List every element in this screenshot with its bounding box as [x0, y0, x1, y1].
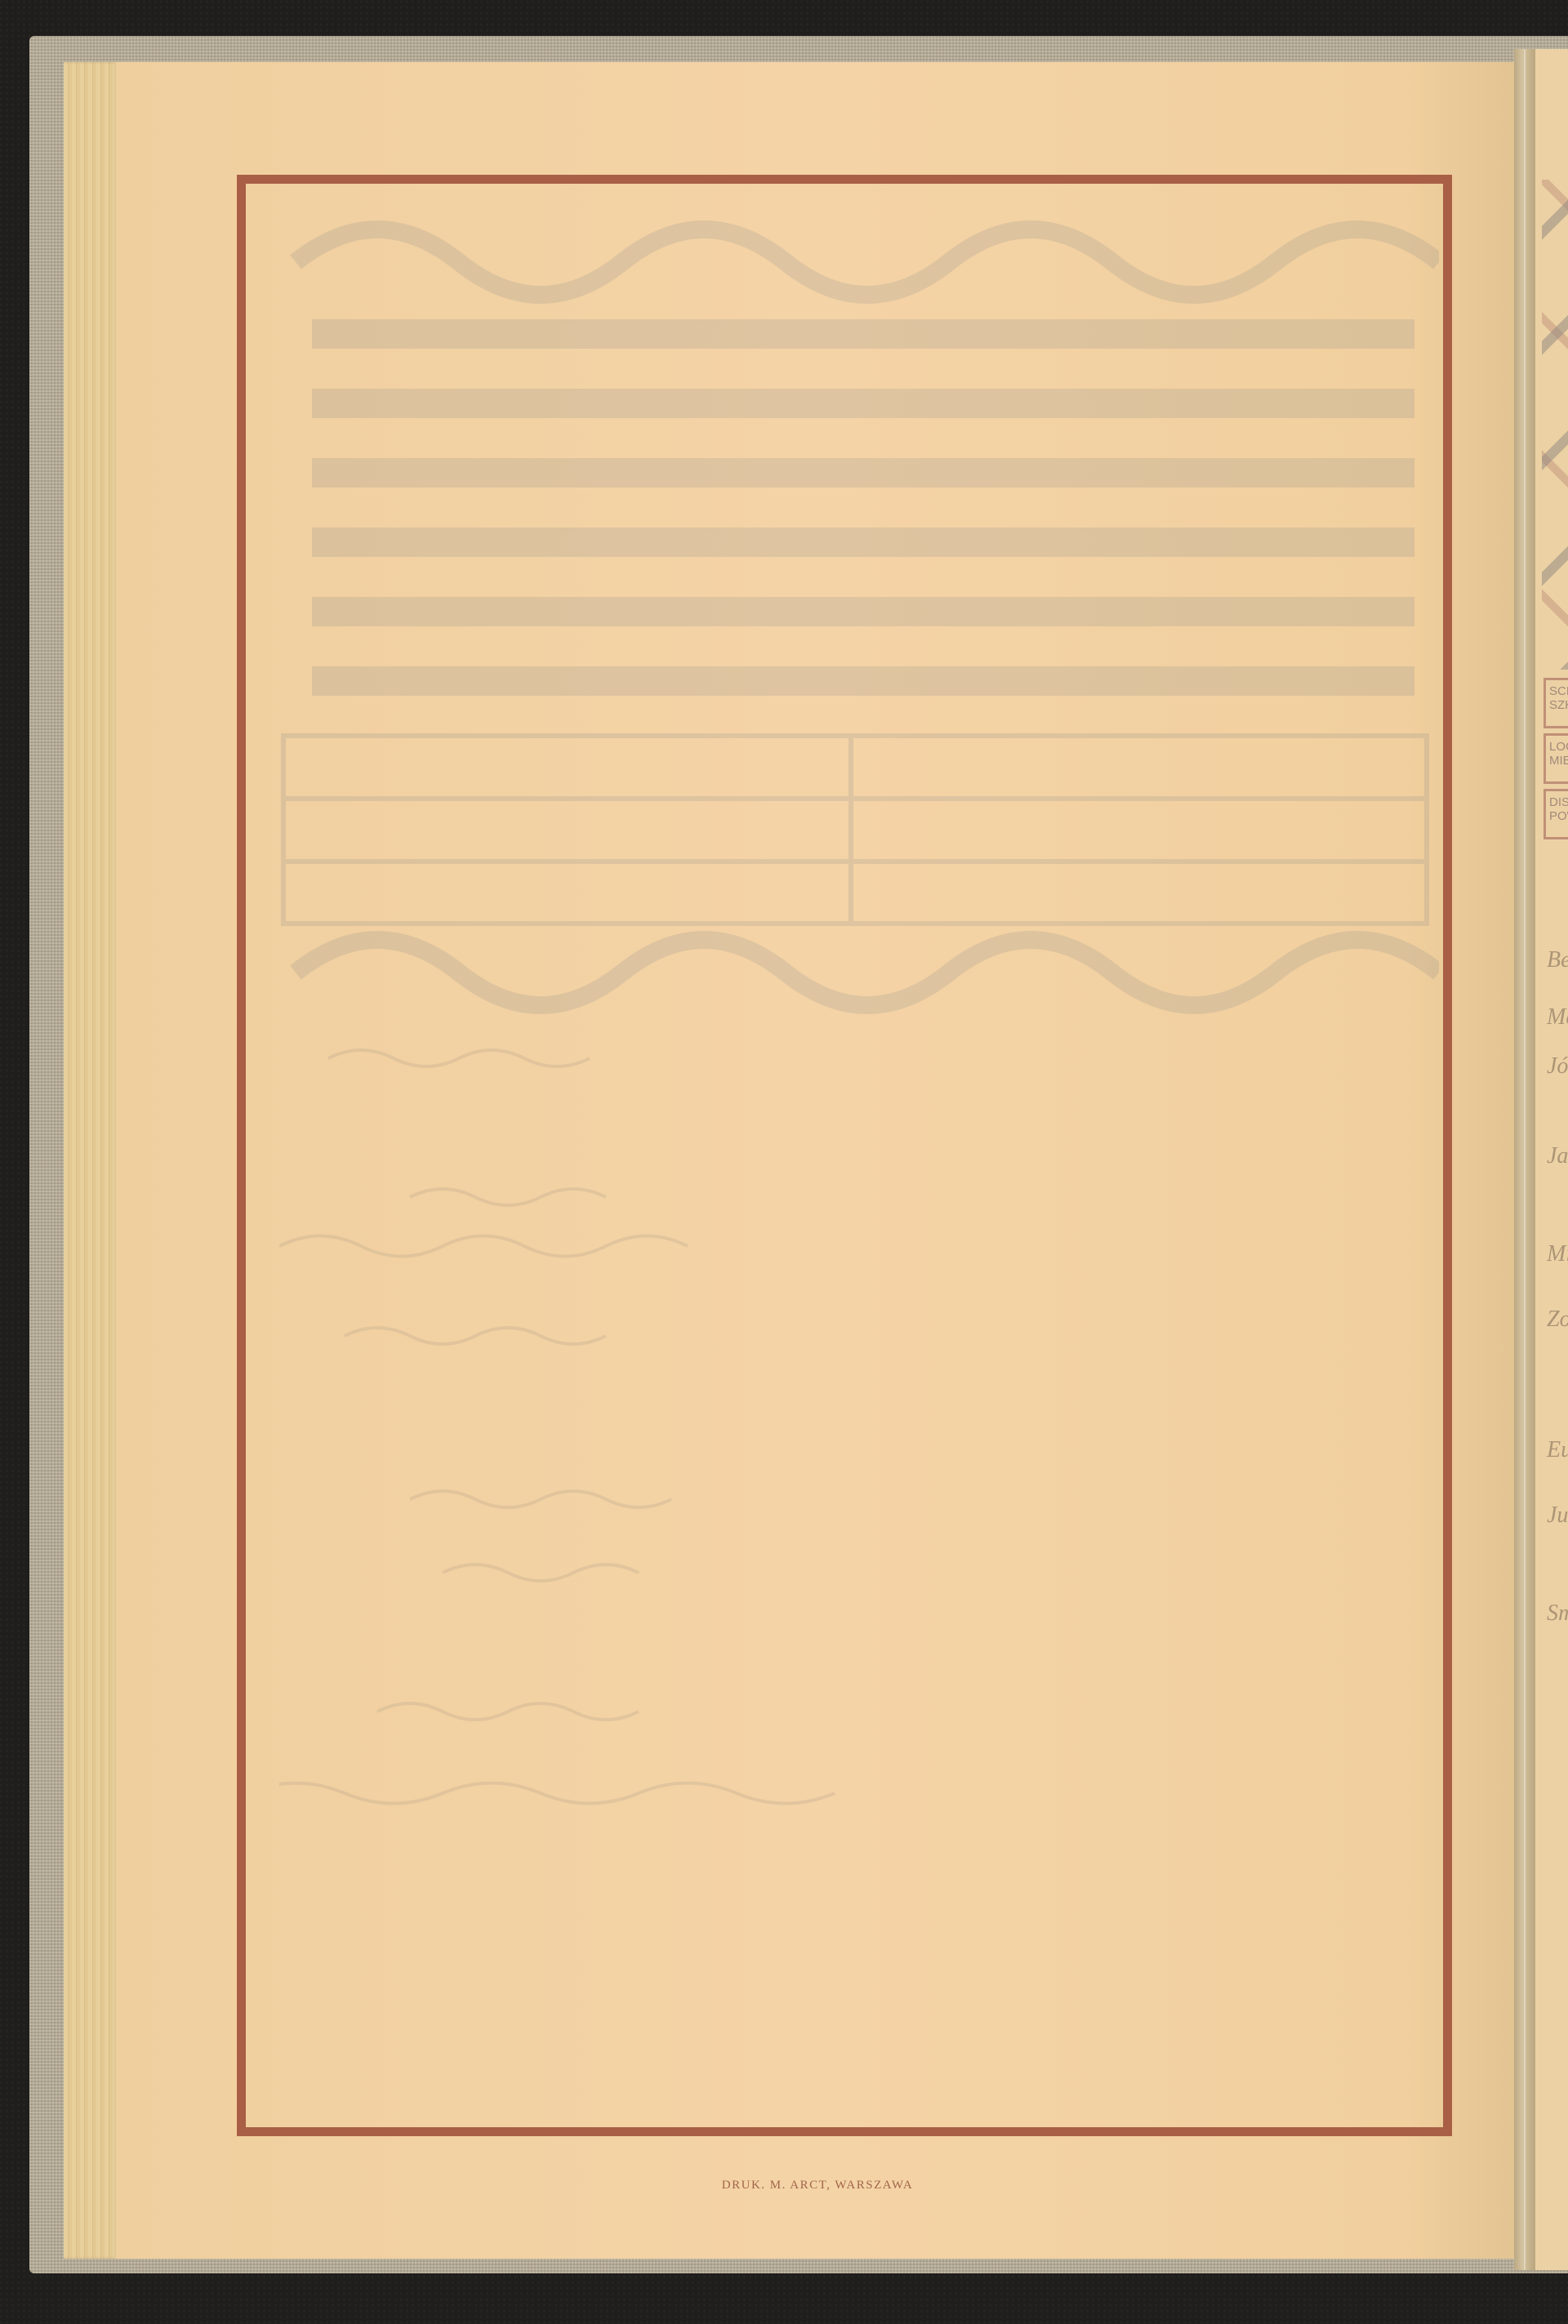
adjacent-handwriting: Eugen: [1547, 1437, 1568, 1463]
adjacent-label-line: SCHOO: [1549, 684, 1568, 698]
adjacent-page-ornament: [1542, 180, 1568, 670]
adjacent-handwriting: Jan: [1547, 1143, 1568, 1169]
adjacent-handwriting: Józef: [1547, 1053, 1568, 1080]
adjacent-handwriting: Julian: [1547, 1503, 1568, 1529]
adjacent-label-box-locality: LOCAL MIEJSC: [1543, 733, 1568, 784]
adjacent-handwriting: Zofja: [1547, 1307, 1568, 1333]
bleed-through-handwriting: [279, 1026, 933, 1924]
adjacent-handwriting: Berle: [1547, 947, 1568, 973]
adjacent-handwriting: Michal: [1547, 1241, 1568, 1267]
adjacent-label-line: DISTRI: [1549, 795, 1568, 809]
adjacent-handwriting: Marcus: [1547, 1004, 1568, 1031]
page-stack-edges: [64, 62, 118, 2259]
adjacent-label-line: SZKOŁA: [1549, 698, 1568, 712]
adjacent-handwriting: Smaly: [1547, 1601, 1568, 1627]
gutter-highlight: [1524, 49, 1526, 2270]
book-page: DRUK. M. ARCT, WARSZAWA: [116, 62, 1519, 2259]
adjacent-label-line: POWIA: [1549, 809, 1568, 823]
adjacent-page-sliver: SCHOO SZKOŁA LOCAL MIEJSC DISTRI POWIA B…: [1535, 49, 1568, 2270]
adjacent-label-line: MIEJSC: [1549, 754, 1568, 768]
printer-imprint: DRUK. M. ARCT, WARSZAWA: [116, 2179, 1519, 2193]
adjacent-label-box-district: DISTRI POWIA: [1543, 789, 1568, 839]
adjacent-label-box-school: SCHOO SZKOŁA: [1543, 678, 1568, 728]
adjacent-label-line: LOCAL: [1549, 740, 1568, 754]
